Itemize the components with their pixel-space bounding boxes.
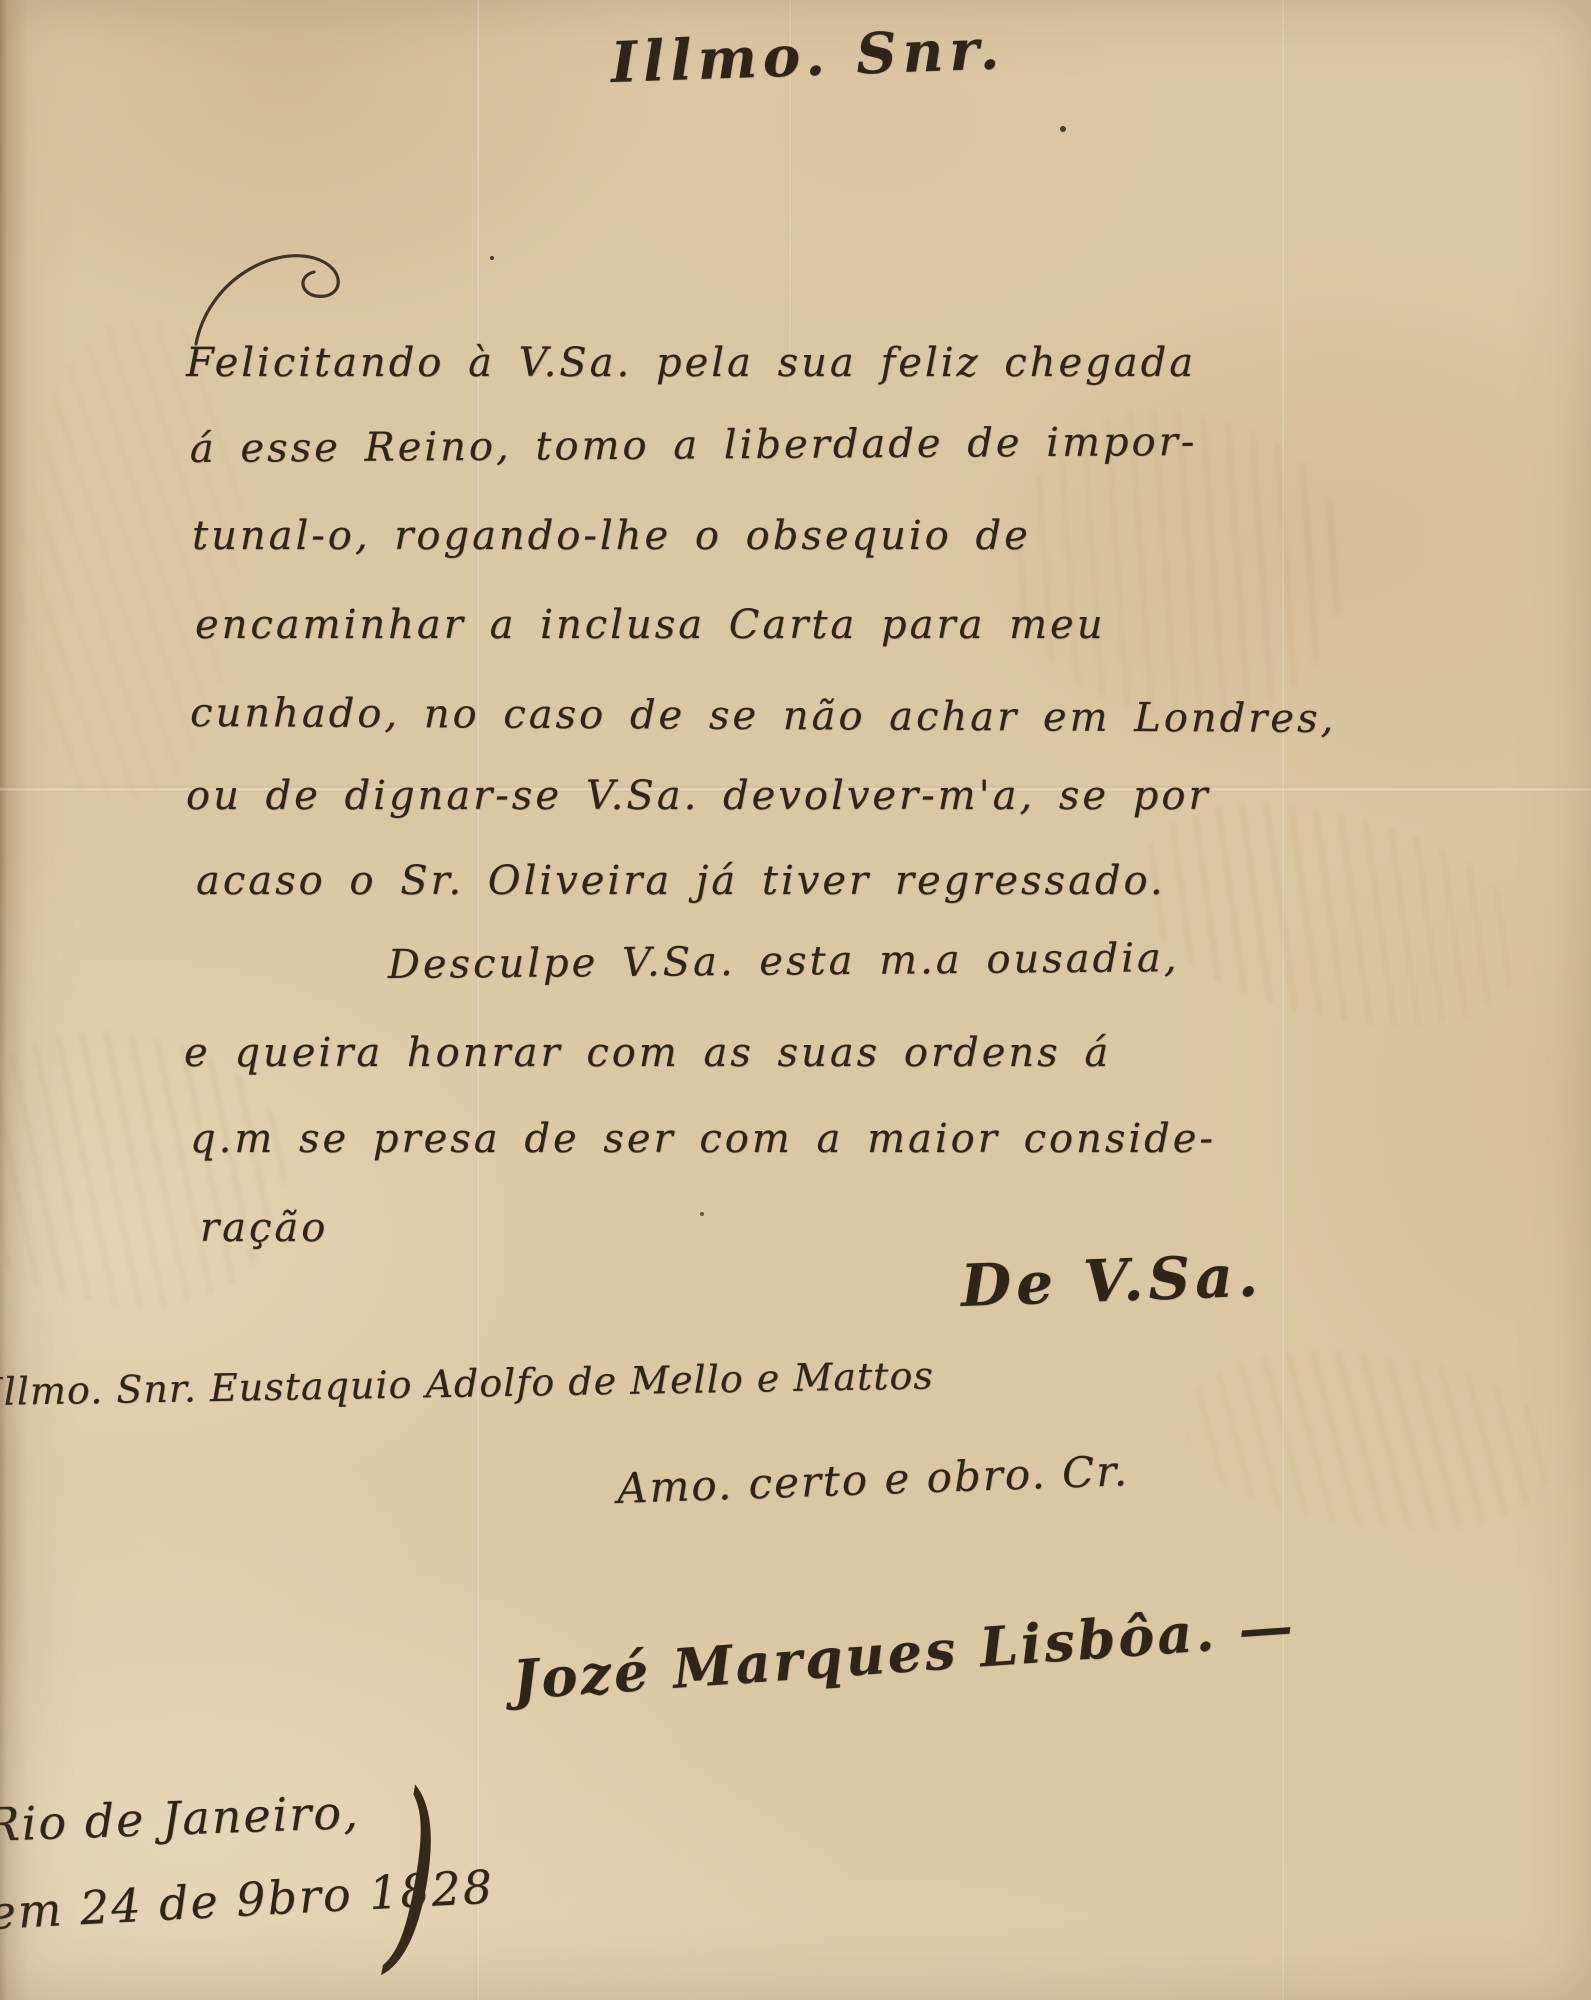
body-line: q.m se presa de ser com a maior conside- bbox=[190, 1116, 1216, 1162]
letter-addressee: Illmo. Snr. Eustaquio Adolfo de Mello e … bbox=[0, 1353, 934, 1414]
body-line: ração bbox=[200, 1205, 328, 1251]
ink-speck bbox=[1060, 126, 1066, 132]
body-line: á esse Reino, tomo a liberdade de impor- bbox=[190, 419, 1198, 472]
fold-crease-vertical bbox=[476, 0, 480, 2000]
letter-scan: Illmo. Snr. Felicitando à V.Sa. pela sua… bbox=[0, 0, 1591, 2000]
letter-valediction: Amo. certo e obro. Cr. bbox=[616, 1446, 1129, 1513]
ink-speck bbox=[490, 256, 494, 260]
pen-flourish bbox=[182, 238, 412, 348]
body-line: tunal-o, rogando-lhe o obsequio de bbox=[192, 513, 1031, 559]
body-line: e queira honrar com as suas ordens á bbox=[184, 1030, 1111, 1076]
letter-closing: De V.Sa. bbox=[960, 1241, 1264, 1320]
ink-bleed-through bbox=[1176, 1333, 1564, 1547]
letter-salutation: Illmo. Snr. bbox=[610, 16, 1006, 96]
letter-place: Rio de Janeiro, bbox=[0, 1785, 360, 1852]
body-line: acaso o Sr. Oliveira já tiver regressado… bbox=[196, 858, 1166, 904]
body-line: Desculpe V.Sa. esta m.a ousadia, bbox=[388, 935, 1180, 988]
ink-speck bbox=[700, 1212, 704, 1216]
body-line: encaminhar a inclusa Carta para meu bbox=[195, 602, 1106, 648]
body-line: Felicitando à V.Sa. pela sua feliz chega… bbox=[186, 340, 1196, 386]
letter-signature: Jozé Marques Lisbôa. — bbox=[511, 1593, 1298, 1712]
body-line: cunhado, no caso de se não achar em Lond… bbox=[190, 690, 1336, 742]
date-flourish: ) bbox=[382, 1744, 445, 2000]
body-line: ou de dignar-se V.Sa. devolver-m'a, se p… bbox=[186, 773, 1211, 819]
fold-crease-vertical bbox=[1281, 0, 1285, 2000]
